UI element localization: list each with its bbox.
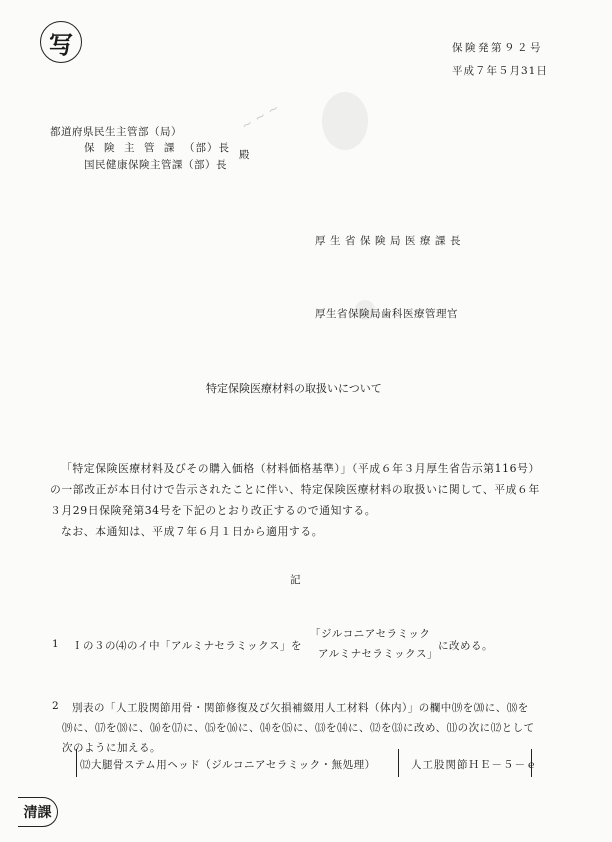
item-1-text: Ｉの３の⑷のイ中「アルミナセラミックス」を <box>72 638 302 653</box>
table-border-middle <box>398 749 399 777</box>
item-2-line-2: ⒆に、⒄を⒅に、⒃を⒄に、⒂を⒃に、⒁を⒂に、⒀を⒁に、⑿を⒀に改め、⑾の次に⑿… <box>62 720 535 735</box>
addressee-line-2: 保険主管課（部）長 <box>84 140 230 155</box>
body-line-2: の一部改正が本日付けで告示されたことに伴い、特定保険医療材料の取扱いに関して、平… <box>50 482 540 497</box>
document-title: 特定保険医療材料の取扱いについて <box>206 380 382 396</box>
body-line-3: ３月29日保険発第34号を下記のとおり改正するので通知する。 <box>50 503 376 518</box>
item-1-ending: に改める。 <box>438 638 493 653</box>
item-1-number: 1 <box>52 638 59 650</box>
body-line-4: なお、本通知は、平成７年６月１日から適用する。 <box>61 524 323 539</box>
document-date: 平成７年５月31日 <box>452 63 548 78</box>
honorific: 殿 <box>239 147 250 162</box>
body-line-1: 「特定保険医療材料及びその購入価格（材料価格基準）」（平成６年３月厚生省告示第1… <box>61 461 540 476</box>
table-cell-material-name: ⑿大腿骨ステム用ヘッド（ジルコニアセラミック・無処理） <box>80 757 376 772</box>
item-2-line-1: 別表の「人工股関節用骨・関節修復及び欠損補綴用人工材料（体内）」の欄中⒆を⒇に、… <box>72 700 529 715</box>
table-cell-function-code: 人工股関節ＨＥ－５－ｅ <box>411 757 538 772</box>
document-number: 保険発第９２号 <box>452 40 543 55</box>
ki-heading: 記 <box>290 572 301 587</box>
sender-2: 厚生省保険局歯科医療管理官 <box>315 306 458 321</box>
addressee-line-1: 都道府県民生主管部（局） <box>50 124 182 139</box>
faint-handwriting: ~ ~ ~ <box>239 101 282 134</box>
copy-stamp: 写 <box>40 21 82 63</box>
addressee-line-3: 国民健康保険主管課（部）長 <box>84 157 227 172</box>
table-border-left <box>76 749 77 777</box>
sender-1: 厚生省保険局医療課長 <box>315 233 465 248</box>
addressee-line-2-suffix: （部）長 <box>184 142 230 154</box>
scan-smudge <box>322 92 368 150</box>
item-1-replacement-line-1: 「ジルコニアセラミック <box>310 626 430 641</box>
receipt-stamp: 清課 <box>18 797 58 827</box>
addressee-line-2-main: 保険主管課 <box>84 142 184 154</box>
item-2-number: 2 <box>52 700 59 712</box>
item-1-replacement-line-2: アルミナセラミックス」 <box>318 646 438 661</box>
